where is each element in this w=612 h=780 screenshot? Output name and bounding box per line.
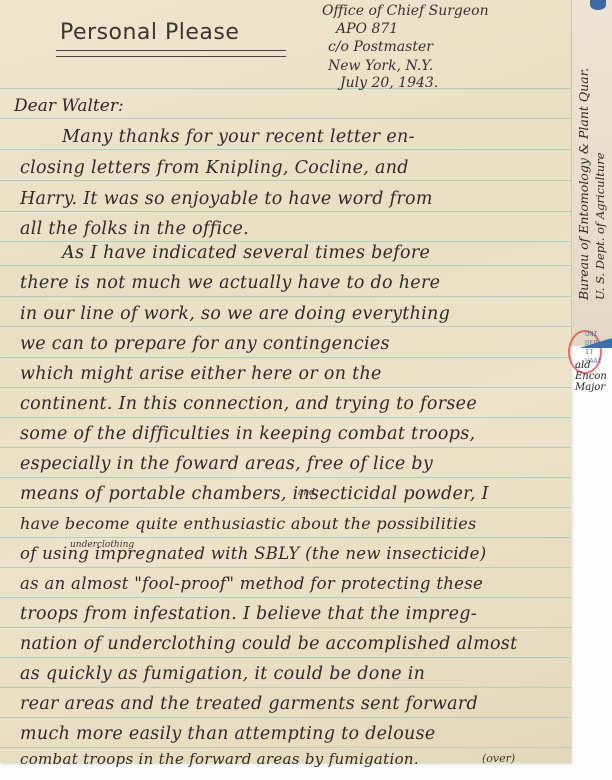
envelope-address-line: Bureau of Entomology & Plant Quar.: [576, 68, 591, 300]
ruled-line: [0, 326, 571, 327]
envelope-blue-mark: [590, 0, 606, 10]
body-line: of using impregnated with SBLY (the new …: [20, 544, 486, 563]
ruled-line: [0, 447, 571, 448]
stamp-text: UNI: [585, 330, 612, 339]
ruled-line: [0, 657, 571, 658]
envelope-handwritten-note: ald Encon Major: [575, 360, 607, 393]
ruled-line: [0, 687, 571, 688]
ruled-line: [0, 567, 571, 568]
ruled-line: [0, 296, 571, 297]
ruled-line: [0, 597, 571, 598]
ruled-line: [0, 477, 571, 478]
header-double-underline: [56, 50, 286, 57]
body-line: as quickly as fumigation, it could be do…: [20, 664, 425, 684]
address-line: Office of Chief Surgeon: [322, 2, 489, 20]
envelope-address-line: U. S. Dept. of Agriculture: [593, 152, 607, 300]
ruled-line: [0, 537, 571, 538]
ruled-line: [0, 747, 571, 748]
ruled-line: [0, 88, 571, 89]
body-line: which might arise either here or on the: [20, 364, 382, 384]
ruled-line: [0, 265, 571, 266]
continuation-note: (over): [482, 752, 515, 765]
body-line: some of the difficulties in keeping comb…: [20, 424, 475, 444]
address-line: New York, N.Y.: [328, 57, 433, 75]
letter-page: Personal Please Office of Chief Surgeon …: [0, 0, 571, 763]
body-line: we can to prepare for any contingencies: [20, 334, 390, 354]
ruled-line: [0, 627, 571, 628]
ruled-line: [0, 211, 571, 212]
ruled-line: [0, 357, 571, 358]
body-line: means of portable chambers, insecticidal…: [20, 484, 489, 504]
ruled-line: [0, 417, 571, 418]
body-line: much more easily than attempting to delo…: [20, 724, 436, 744]
ruled-line: [0, 118, 571, 119]
body-line: As I have indicated several times before: [62, 243, 430, 263]
body-line: rear areas and the treated garments sent…: [20, 694, 478, 714]
body-line: closing letters from Knipling, Cocline, …: [20, 158, 409, 178]
ruled-line: [0, 507, 571, 508]
body-line: in our line of work, so we are doing eve…: [20, 304, 450, 324]
address-line: c/o Postmaster: [328, 38, 433, 56]
scrawl-line: ald: [575, 360, 607, 371]
header-title: Personal Please: [60, 20, 239, 45]
scrawl-line: Encon: [575, 371, 607, 382]
body-line: have become quite enthusiastic about the…: [20, 514, 477, 533]
salutation: Dear Walter:: [14, 96, 124, 116]
body-line: Harry. It was so enjoyable to have word …: [20, 189, 433, 209]
body-line: Many thanks for your recent letter en-: [62, 127, 415, 147]
body-line: troops from infestation. I believe that …: [20, 604, 477, 624]
body-line: continent. In this connection, and tryin…: [20, 394, 477, 414]
body-line: there is not much we actually have to do…: [20, 273, 440, 293]
ruled-line: [0, 149, 571, 150]
ruled-line: [0, 180, 571, 181]
ruled-line: [0, 387, 571, 388]
body-line: nation of underclothing could be accompl…: [20, 634, 517, 654]
body-line: combat troops in the forward areas by fu…: [20, 750, 419, 768]
date: July 20, 1943.: [340, 74, 438, 92]
scrawl-line: Major: [575, 382, 607, 393]
body-line: all the folks in the office.: [20, 219, 249, 239]
stamp-text: IT: [585, 348, 612, 357]
body-line: especially in the foward areas, free of …: [20, 454, 433, 474]
inserted-word: and: [298, 488, 315, 498]
body-line: as an almost "fool-proof" method for pro…: [20, 574, 483, 593]
address-line: APO 871: [336, 20, 398, 38]
ruled-line: [0, 241, 571, 242]
ruled-line: [0, 717, 571, 718]
